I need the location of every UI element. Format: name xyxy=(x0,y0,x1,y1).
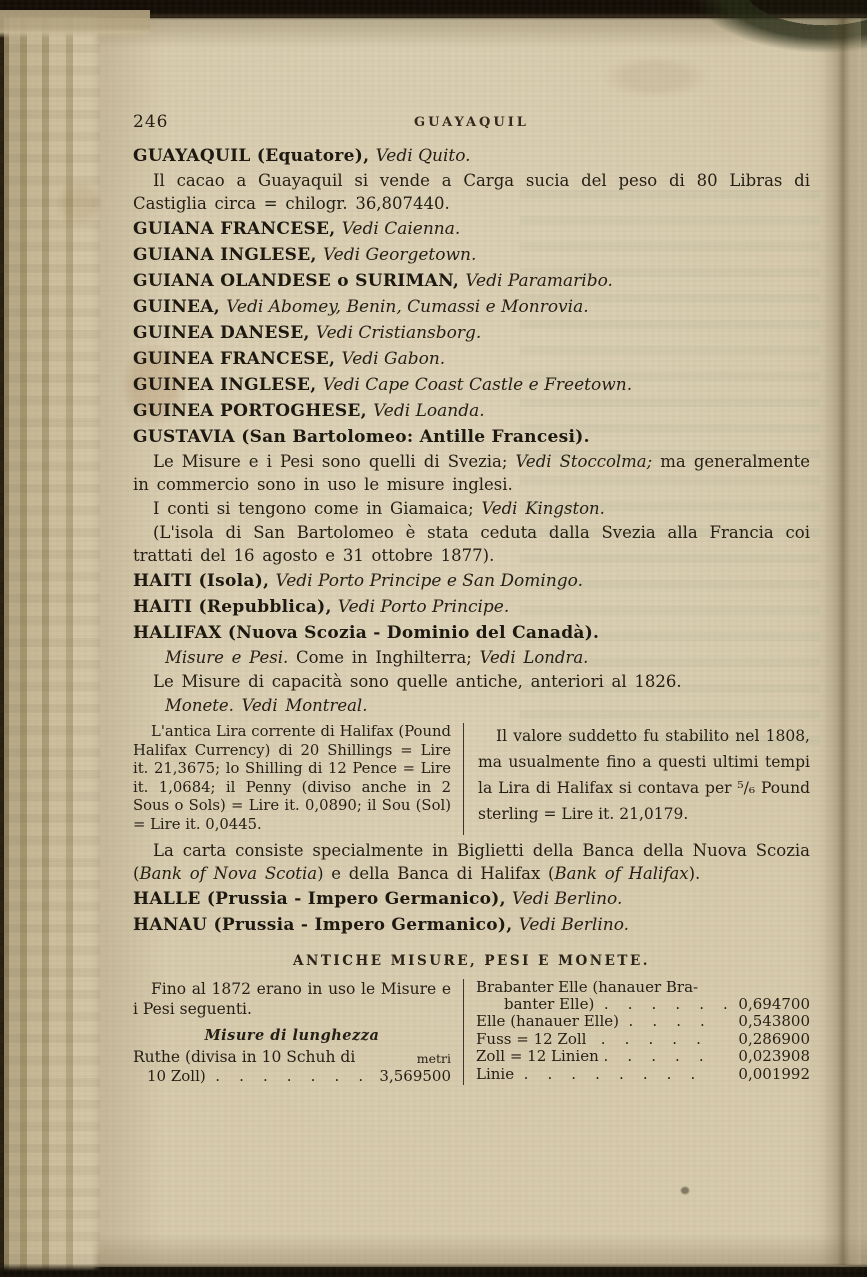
measure-row-ruthe: Ruthe (divisa in 10 Schuh di metri xyxy=(133,1048,451,1068)
measure-value: 0,694700 xyxy=(738,996,810,1013)
measure-row: Linie . . . . . . . .0,001992 xyxy=(476,1066,810,1083)
cross-reference: Vedi Porto Principe. xyxy=(338,597,509,617)
text-run: ) e della Banca di Halifax ( xyxy=(317,864,554,883)
headword: GUINEA PORTOGHESE, xyxy=(133,401,373,421)
cross-reference: Vedi Georgetown. xyxy=(323,245,476,265)
headword: GUIANA FRANCESE, xyxy=(133,219,342,239)
entry-guinea: GUINEA, Vedi Abomey, Benin, Cumassi e Mo… xyxy=(133,295,810,319)
cross-reference: Vedi Stoccolma; xyxy=(516,452,653,471)
measure-value: 0,001992 xyxy=(738,1066,810,1083)
entry-halifax: HALIFAX (Nuova Scozia - Dominio del Cana… xyxy=(133,621,810,645)
cross-reference: Vedi Abomey, Benin, Cumassi e Monrovia. xyxy=(226,297,588,317)
entry-haiti-repubblica: HAITI (Repubblica), Vedi Porto Principe. xyxy=(133,595,810,619)
para-halifax-carta: La carta consiste specialmente in Biglie… xyxy=(133,839,810,885)
cross-reference: Vedi Paramaribo. xyxy=(465,271,613,291)
para-halifax-misure: Misure e Pesi. Come in Inghilterra; Vedi… xyxy=(165,646,810,669)
cross-reference: Vedi Kingston. xyxy=(481,499,604,518)
headword: HANAU (Prussia - Impero Germanico), xyxy=(133,915,519,935)
text-run: ). xyxy=(689,864,701,883)
length-measures-subhead: Misure di lunghezza xyxy=(133,1027,451,1044)
section-heading: ANTICHE MISURE, PESI E MONETE. xyxy=(133,953,810,969)
cross-reference: Vedi Porto Principe e San Domingo. xyxy=(275,571,583,591)
para-halifax-capacita: Le Misure di capacità sono quelle antich… xyxy=(133,670,810,693)
text-run: Le Misure e i Pesi sono quelli di Svezia… xyxy=(153,452,516,471)
measure-row: banter Elle) . . . . . .0,694700 xyxy=(476,996,810,1013)
para-halifax-monete: Monete. Vedi Montreal. xyxy=(165,694,810,717)
text-run: Come in Inghilterra; xyxy=(288,648,479,667)
cross-reference: Vedi Loanda. xyxy=(373,401,485,421)
measure-label: 10 Zoll) . . . . . . . xyxy=(133,1068,363,1085)
cross-reference: Vedi Cape Coast Castle e Freetown. xyxy=(323,375,632,395)
antiche-columns: Fino al 1872 erano in uso le Misure e i … xyxy=(133,979,810,1085)
measure-row: Zoll = 12 Linien . . . . .0,023908 xyxy=(476,1048,810,1065)
cross-reference: Vedi Gabon. xyxy=(342,349,446,369)
entry-guiana-inglese: GUIANA INGLESE, Vedi Georgetown. xyxy=(133,243,810,267)
measure-label: banter Elle) . . . . . . xyxy=(476,996,728,1013)
bank-name: Bank of Halifax xyxy=(554,864,688,883)
measure-label: Brabanter Elle (hanauer Bra- xyxy=(476,979,698,996)
measure-label: Fuss = 12 Zoll . . . . . xyxy=(476,1031,701,1048)
page-bottom-edge xyxy=(0,1263,867,1277)
headword: GUAYAQUIL (Equatore), xyxy=(133,146,376,166)
entry-haiti-isola: HAITI (Isola), Vedi Porto Principe e San… xyxy=(133,569,810,593)
measure-value: 0,286900 xyxy=(738,1031,810,1048)
page-stack-edge xyxy=(0,10,150,38)
entry-guiana-francese: GUIANA FRANCESE, Vedi Caienna. xyxy=(133,217,810,241)
entry-hanau: HANAU (Prussia - Impero Germanico), Vedi… xyxy=(133,913,810,937)
cross-reference: Vedi Londra. xyxy=(480,648,589,667)
subentry-label: Monete. Vedi Montreal. xyxy=(165,696,367,715)
page-right-crease xyxy=(821,18,861,1265)
halifax-value-note: Il valore suddetto fu stabilito nel 1808… xyxy=(463,723,810,835)
headword: GUIANA OLANDESE o SURIMAN, xyxy=(133,271,465,291)
entry-guinea-danese: GUINEA DANESE, Vedi Cristiansborg. xyxy=(133,321,810,345)
entry-guiana-olandese: GUIANA OLANDESE o SURIMAN, Vedi Paramari… xyxy=(133,269,810,293)
antiche-intro: Fino al 1872 erano in uso le Misure e i … xyxy=(133,979,451,1019)
headword: HAITI (Repubblica), xyxy=(133,597,338,617)
running-head: GUAYAQUIL xyxy=(133,115,810,130)
measure-label: Elle (hanauer Elle) . . . . xyxy=(476,1013,705,1030)
entry-halle: HALLE (Prussia - Impero Germanico), Vedi… xyxy=(133,887,810,911)
measure-value: 3,569500 xyxy=(379,1068,451,1085)
measure-row: Brabanter Elle (hanauer Bra- xyxy=(476,979,810,996)
measure-row: Fuss = 12 Zoll . . . . .0,286900 xyxy=(476,1031,810,1048)
entry-gustavia: GUSTAVIA (San Bartolomeo: Antille France… xyxy=(133,425,810,449)
measure-row-ruthe-value: 10 Zoll) . . . . . . . 3,569500 xyxy=(133,1068,451,1085)
subentry-label: Misure e Pesi. xyxy=(165,648,288,667)
entry-guinea-portoghese: GUINEA PORTOGHESE, Vedi Loanda. xyxy=(133,399,810,423)
para-gustavia-misure: Le Misure e i Pesi sono quelli di Svezia… xyxy=(133,450,810,496)
headword: GUSTAVIA (San Bartolomeo: Antille France… xyxy=(133,427,590,447)
measure-value: 0,023908 xyxy=(738,1048,810,1065)
headword: GUINEA INGLESE, xyxy=(133,375,323,395)
cross-reference: Vedi Quito. xyxy=(376,146,471,166)
headword: HALLE (Prussia - Impero Germanico), xyxy=(133,889,512,909)
bank-name: Bank of Nova Scotia xyxy=(139,864,317,883)
halifax-currency-columns: L'antica Lira corrente di Halifax (Pound… xyxy=(133,723,810,835)
headword: GUINEA DANESE, xyxy=(133,323,316,343)
text-run: I conti si tengono come in Giamaica; xyxy=(153,499,481,518)
antiche-left-column: Fino al 1872 erano in uso le Misure e i … xyxy=(133,979,463,1085)
entry-guayaquil: GUAYAQUIL (Equatore), Vedi Quito. xyxy=(133,144,810,168)
page-content: 246 GUAYAQUIL GUAYAQUIL (Equatore), Vedi… xyxy=(133,112,810,1085)
measure-label: Linie . . . . . . . . xyxy=(476,1066,695,1083)
measure-label: Zoll = 12 Linien . . . . . xyxy=(476,1048,704,1065)
unit-column-label: metri xyxy=(417,1048,451,1068)
measure-value: 0,543800 xyxy=(738,1013,810,1030)
page-header: 246 GUAYAQUIL xyxy=(133,112,810,142)
cross-reference: Vedi Berlino. xyxy=(512,889,622,909)
cross-reference: Vedi Caienna. xyxy=(342,219,461,239)
para-guayaquil-note: Il cacao a Guayaquil si vende a Carga su… xyxy=(133,169,810,215)
headword: GUIANA INGLESE, xyxy=(133,245,323,265)
cross-reference: Vedi Berlino. xyxy=(519,915,629,935)
headword: HALIFAX (Nuova Scozia - Dominio del Cana… xyxy=(133,623,599,643)
headword: HAITI (Isola), xyxy=(133,571,275,591)
headword: GUINEA FRANCESE, xyxy=(133,349,342,369)
book-binding-edge xyxy=(0,0,100,1277)
measure-label: Ruthe (divisa in 10 Schuh di xyxy=(133,1048,355,1068)
headword: GUINEA, xyxy=(133,297,226,317)
entry-guinea-inglese: GUINEA INGLESE, Vedi Cape Coast Castle e… xyxy=(133,373,810,397)
cross-reference: Vedi Cristiansborg. xyxy=(316,323,481,343)
measure-row: Elle (hanauer Elle) . . . .0,543800 xyxy=(476,1013,810,1030)
para-gustavia-cessione: (L'isola di San Bartolomeo è stata cedut… xyxy=(133,521,810,567)
antiche-misure-section: ANTICHE MISURE, PESI E MONETE. Fino al 1… xyxy=(133,953,810,1085)
entry-guinea-francese: GUINEA FRANCESE, Vedi Gabon. xyxy=(133,347,810,371)
para-gustavia-conti: I conti si tengono come in Giamaica; Ved… xyxy=(133,497,810,520)
halifax-old-lira-note: L'antica Lira corrente di Halifax (Pound… xyxy=(133,723,463,835)
antiche-right-column: Brabanter Elle (hanauer Bra- banter Elle… xyxy=(463,979,810,1085)
